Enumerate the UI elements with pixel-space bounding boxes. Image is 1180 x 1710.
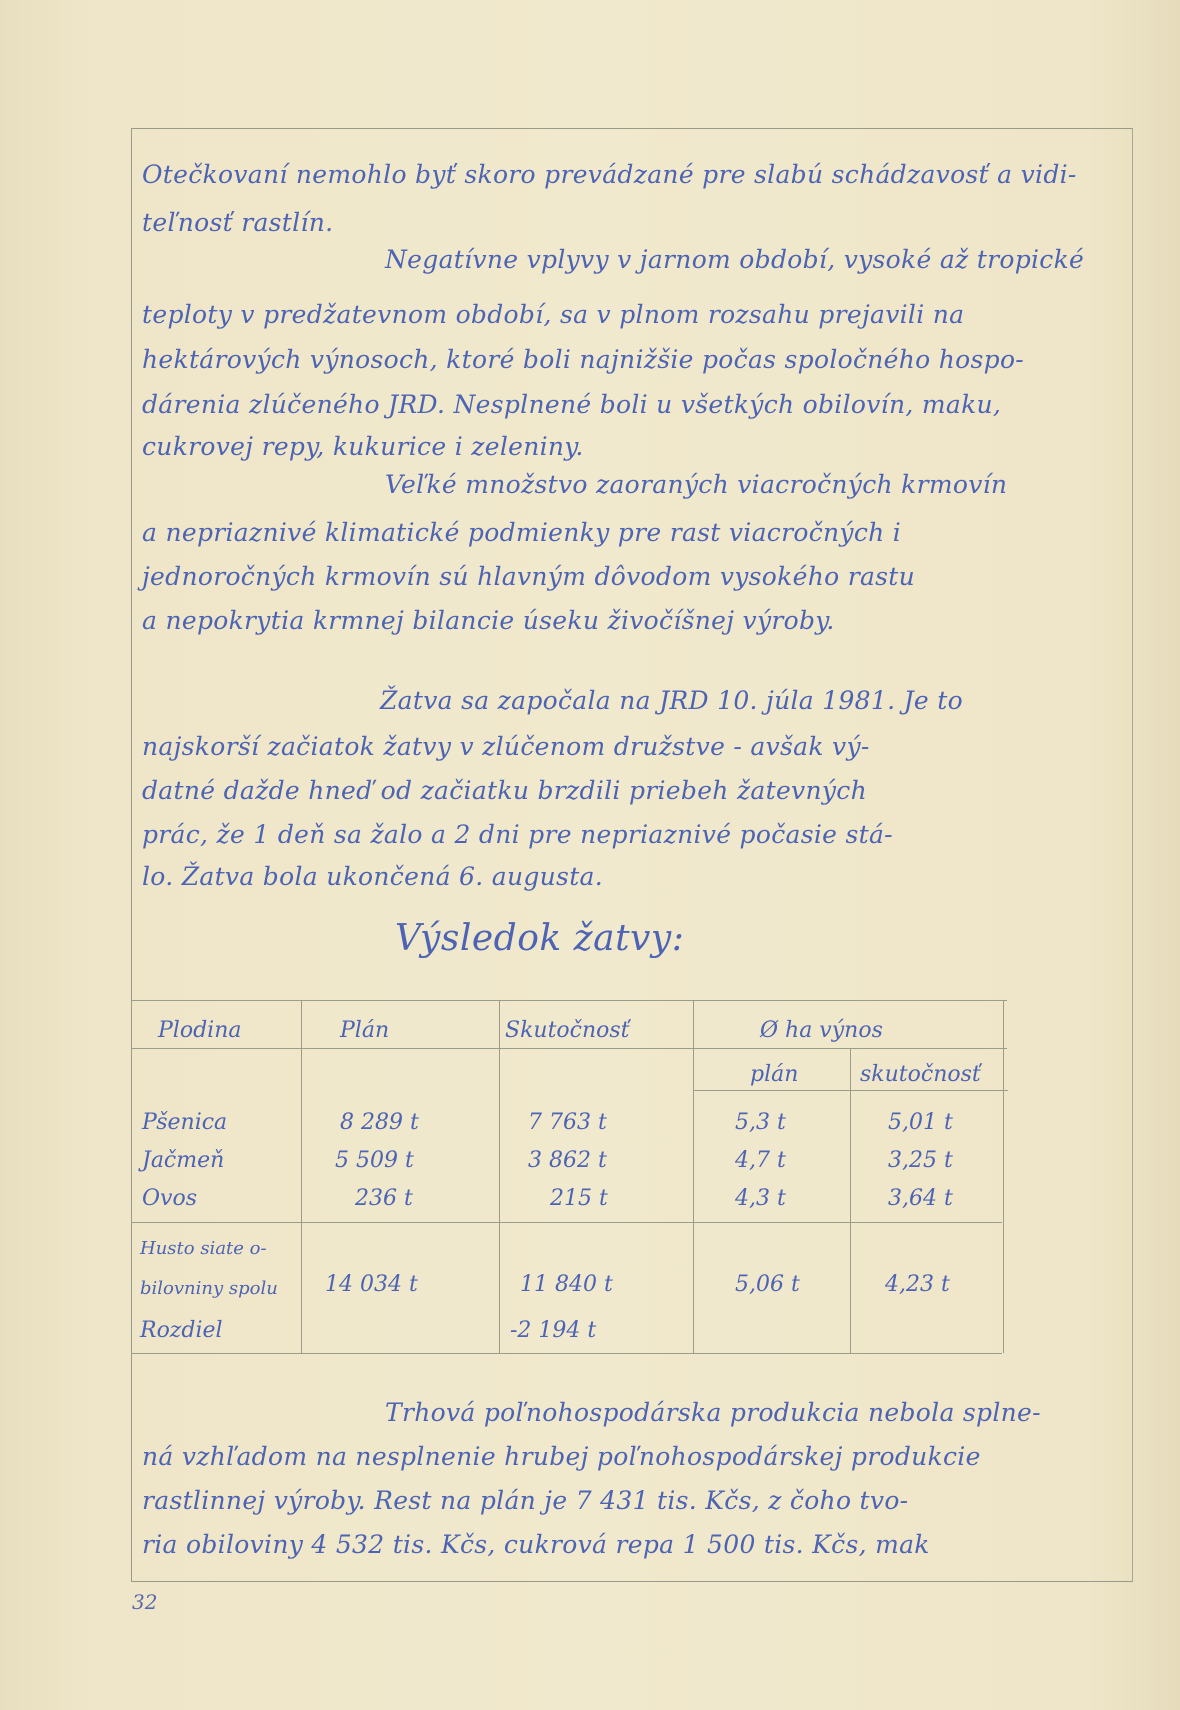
table-row-crop: Jačmeň	[142, 1148, 224, 1173]
text-line: lo. Žatva bola ukončená 6. augusta.	[142, 862, 603, 891]
header-crop: Plodina	[158, 1018, 242, 1043]
table-row-yield-actual: 5,01 t	[888, 1110, 953, 1135]
text-line: Veľké množstvo zaoraných viacročných krm…	[385, 470, 1007, 499]
difference-actual: -2 194 t	[510, 1318, 596, 1343]
table-col-divider	[1003, 1000, 1004, 1353]
total-yield-actual: 4,23 t	[885, 1272, 950, 1297]
table-row-actual: 3 862 t	[528, 1148, 607, 1173]
header-plan: Plán	[340, 1018, 389, 1043]
table-row-yield-actual: 3,25 t	[888, 1148, 953, 1173]
total-crop-label: bilovniny spolu	[140, 1278, 278, 1299]
total-yield-plan: 5,06 t	[735, 1272, 800, 1297]
text-line: Negatívne vplyvy v jarnom období, vysoké…	[385, 245, 1084, 274]
text-line: najskorší začiatok žatvy v zlúčenom druž…	[142, 732, 870, 761]
table-top-rule	[132, 1000, 1007, 1001]
table-row-plan: 8 289 t	[340, 1110, 419, 1135]
header-yield-group: Ø ha výnos	[760, 1018, 883, 1043]
total-crop-label: Husto siate o-	[140, 1238, 267, 1259]
table-bottom-rule	[132, 1353, 1002, 1354]
table-row-plan: 5 509 t	[335, 1148, 414, 1173]
table-row-yield-plan: 5,3 t	[735, 1110, 786, 1135]
text-line: teploty v predžatevnom období, sa v plno…	[142, 300, 964, 329]
difference-label: Rozdiel	[140, 1318, 223, 1343]
table-row-yield-plan: 4,3 t	[735, 1186, 786, 1211]
text-line: ná vzhľadom na nesplnenie hrubej poľnoho…	[142, 1442, 981, 1471]
header-yield-actual: skutočnosť	[860, 1062, 981, 1087]
total-actual: 11 840 t	[520, 1272, 613, 1297]
header-actual: Skutočnosť	[505, 1018, 630, 1043]
text-line: Otečkovaní nemohlo byť skoro prevádzané …	[142, 160, 1077, 189]
table-col-divider	[693, 1000, 694, 1353]
table-row-crop: Pšenica	[142, 1110, 227, 1135]
text-line: Trhová poľnohospodárska produkcia nebola…	[385, 1398, 1041, 1427]
table-row-yield-plan: 4,7 t	[735, 1148, 786, 1173]
text-line: ria obiloviny 4 532 tis. Kčs, cukrová re…	[142, 1530, 930, 1559]
table-col-divider	[499, 1000, 500, 1353]
text-line: Žatva sa započala na JRD 10. júla 1981. …	[380, 686, 963, 715]
text-line: prác, že 1 deň sa žalo a 2 dni pre nepri…	[142, 820, 893, 849]
text-line: datné dažde hneď od začiatku brzdili pri…	[142, 776, 867, 805]
text-line: teľnosť rastlín.	[142, 208, 333, 237]
table-title: Výsledok žatvy:	[395, 918, 684, 959]
text-line: cukrovej repy, kukurice i zeleniny.	[142, 432, 584, 461]
text-line: dárenia zlúčeného JRD. Nesplnené boli u …	[142, 390, 1001, 419]
total-plan: 14 034 t	[325, 1272, 418, 1297]
table-row-crop: Ovos	[142, 1186, 197, 1211]
text-line: rastlinnej výroby. Rest na plán je 7 431…	[142, 1486, 908, 1515]
text-line: hektárových výnosoch, ktoré boli najnižš…	[142, 345, 1024, 374]
text-line: jednoročných krmovín sú hlavným dôvodom …	[142, 562, 915, 591]
table-col-divider	[301, 1000, 302, 1353]
table-row-actual: 7 763 t	[528, 1110, 607, 1135]
table-col-divider	[850, 1048, 851, 1353]
table-row-actual: 215 t	[550, 1186, 608, 1211]
text-line: a nepriaznivé klimatické podmienky pre r…	[142, 518, 901, 547]
table-header-rule	[132, 1048, 1007, 1049]
table-body-rule	[132, 1222, 1002, 1223]
table-row-plan: 236 t	[355, 1186, 413, 1211]
page-number: 32	[132, 1590, 157, 1614]
table-row-yield-actual: 3,64 t	[888, 1186, 953, 1211]
text-line: a nepokrytia krmnej bilancie úseku živoč…	[142, 606, 835, 635]
header-yield-plan: plán	[750, 1062, 798, 1087]
